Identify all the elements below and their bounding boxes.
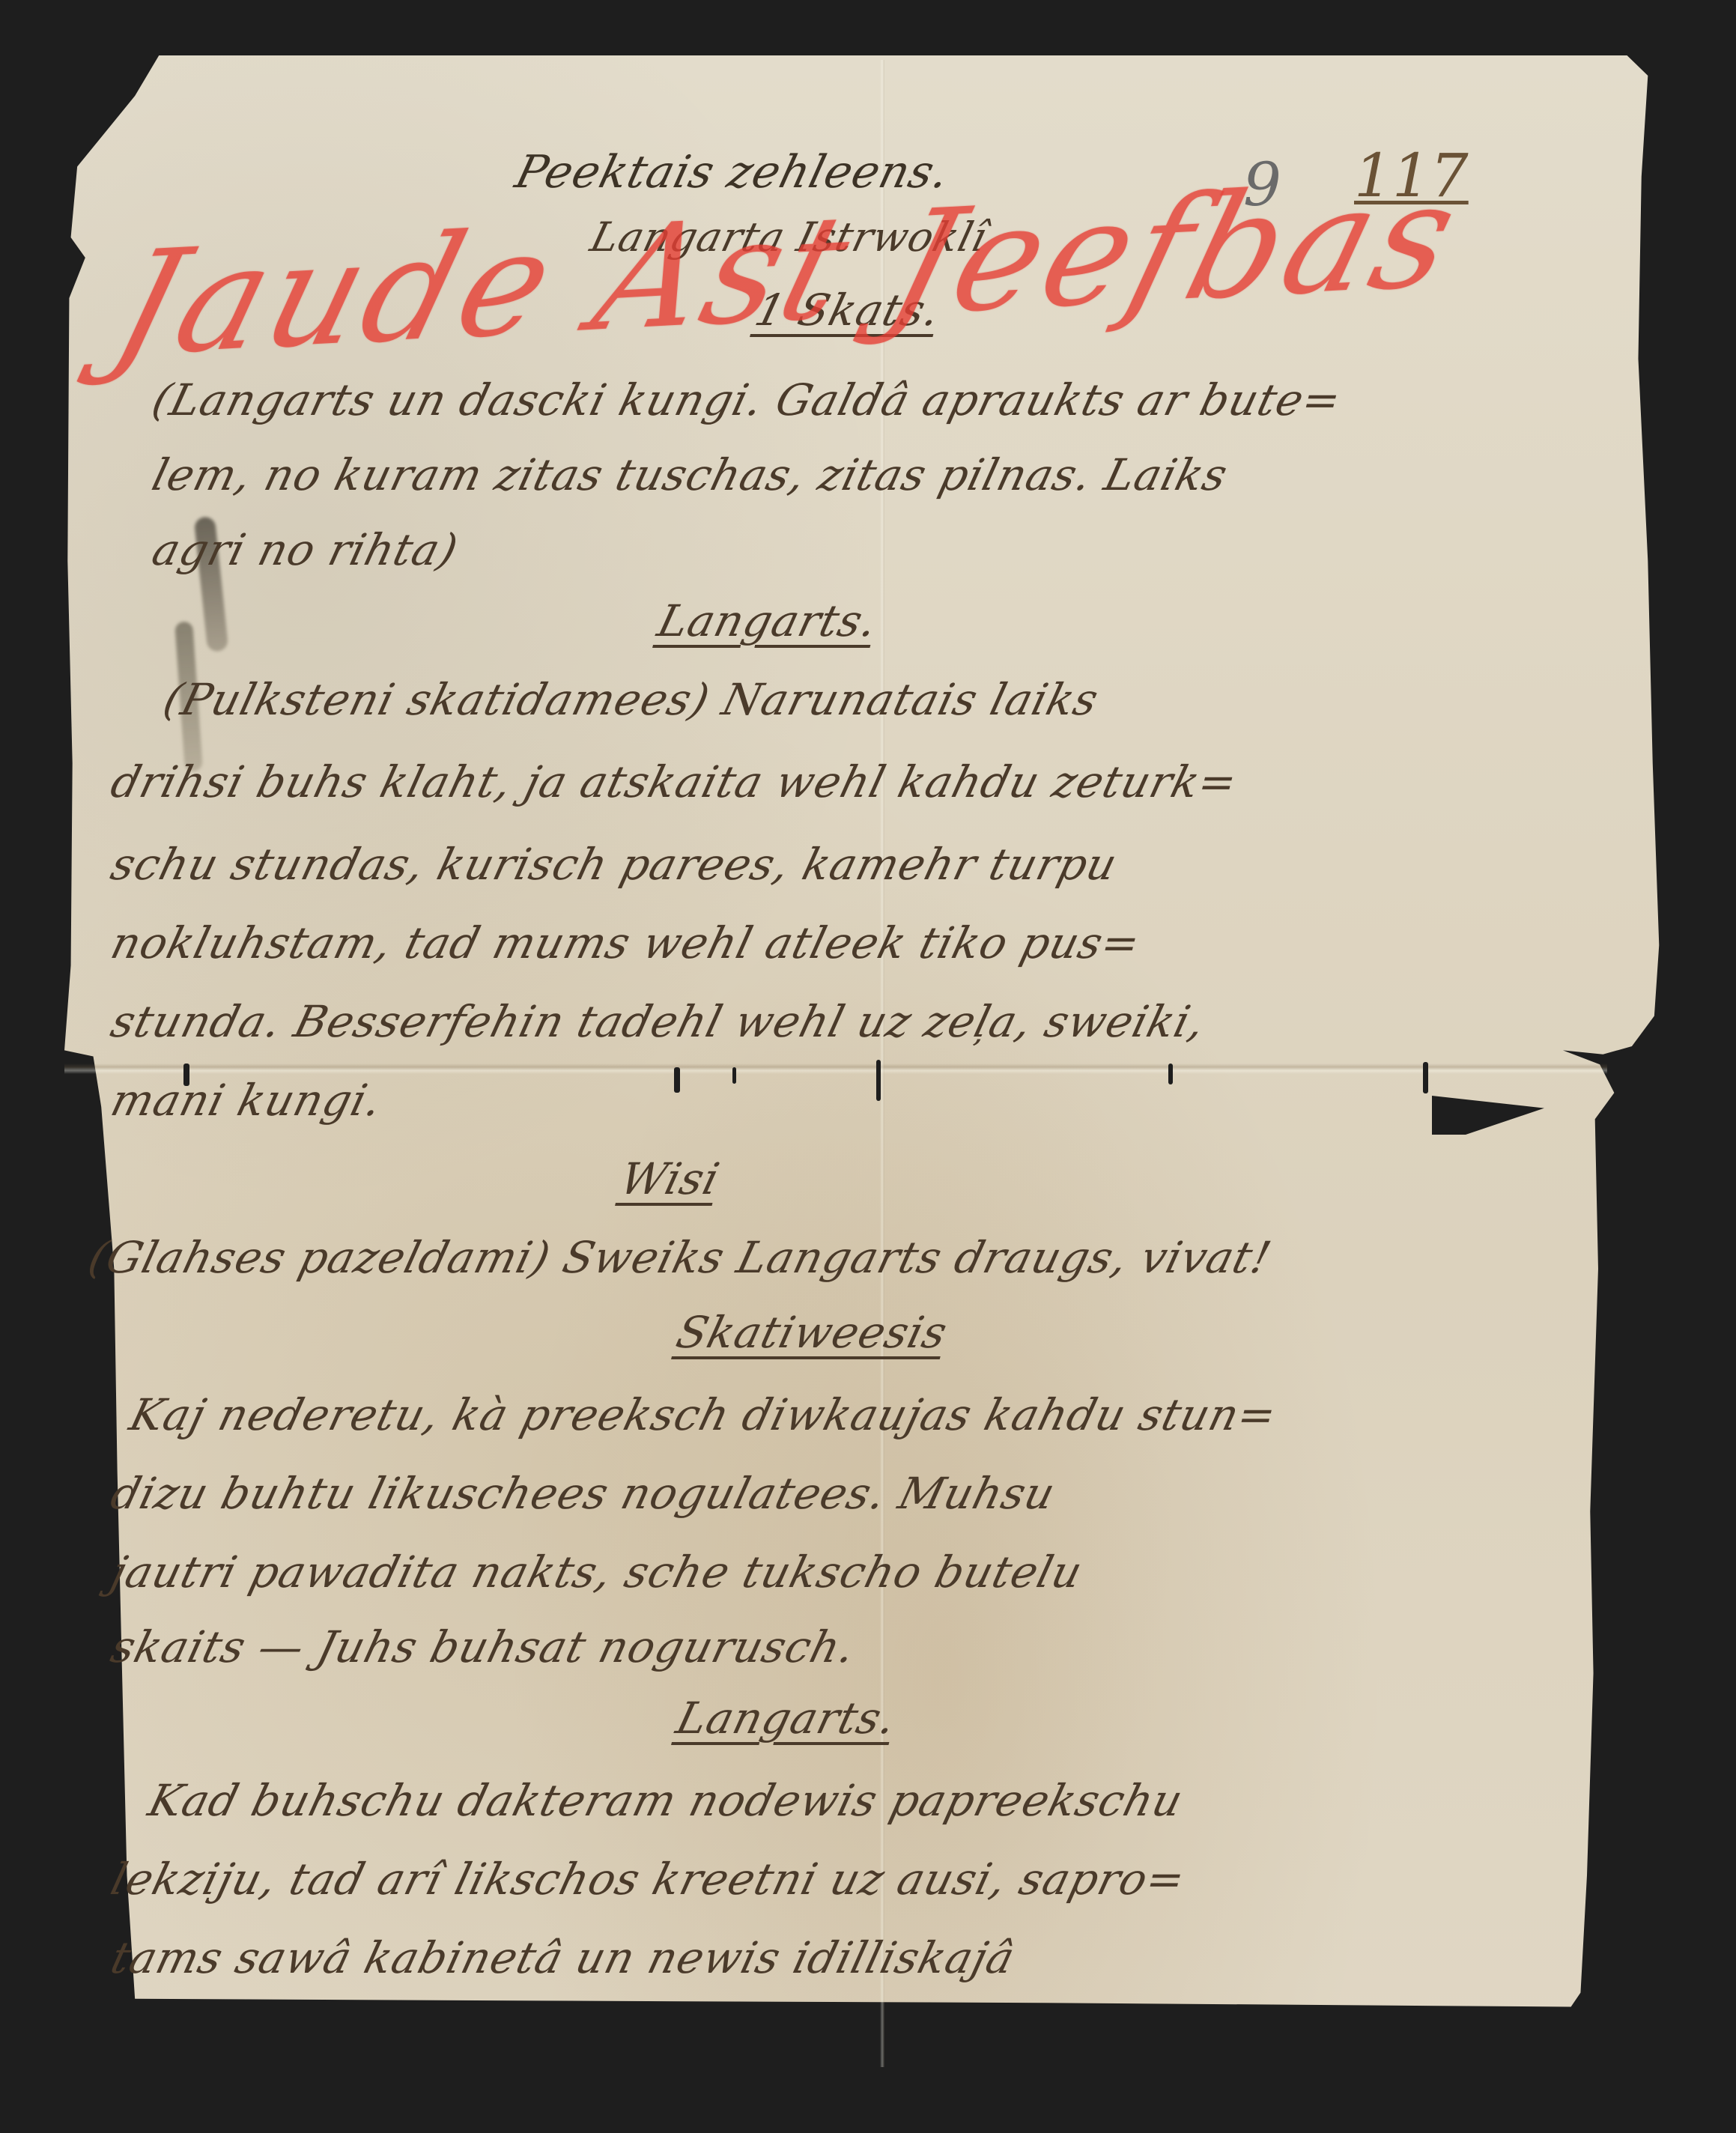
speech-line: Kaj nederetu, kà preeksch diwkaujas kahd… bbox=[126, 1393, 1281, 1436]
speech-line: mani kungi. bbox=[107, 1078, 386, 1122]
speaker-name: Skatiweesis bbox=[673, 1311, 952, 1354]
speaker-name: Wisi bbox=[616, 1157, 724, 1201]
speech-line: jautri pawadita nakts, sche tukscho bute… bbox=[107, 1550, 1087, 1594]
speech-line: nokluhstam, tad mums wehl atleek tiko pu… bbox=[107, 921, 1145, 965]
speech-line: stunda. Besserfehin tadehl wehl uz zeļa,… bbox=[107, 1000, 1210, 1043]
speech-line: dizu buhtu likuschees nogulatees. Muhsu bbox=[107, 1472, 1060, 1515]
speech-line: (Pulksteni skatidamees) Narunatais laiks bbox=[160, 678, 1103, 721]
tear-hole bbox=[876, 1060, 881, 1101]
stage-direction-line: lem, no kuram zitas tuschas, zitas pilna… bbox=[148, 453, 1232, 497]
speaker-name: Langarts. bbox=[654, 599, 882, 643]
tear-hole bbox=[1423, 1062, 1428, 1093]
speaker-name: Langarts. bbox=[673, 1696, 901, 1740]
speech-line: Kad buhschu dakteram nodewis papreekschu bbox=[145, 1779, 1188, 1822]
stage-direction-line: agri no rihta) bbox=[148, 528, 463, 571]
horizontal-fold-line bbox=[64, 1064, 1607, 1074]
tear-hole bbox=[732, 1067, 736, 1084]
speech-line: (Glahses pazeldami) Sweiks Langarts drau… bbox=[85, 1236, 1275, 1279]
speech-line: skaits — Juhs buhsat nogurusch. bbox=[107, 1625, 860, 1669]
tear-hole bbox=[674, 1067, 680, 1093]
speech-line: lekziju, tad arî likschos kreetni uz aus… bbox=[107, 1857, 1190, 1901]
stage-direction-line: (Langarts un dascki kungi. Galdâ apraukt… bbox=[148, 378, 1346, 422]
speech-line: drihsi buhs klaht, ja atskaita wehl kahd… bbox=[107, 760, 1242, 804]
tear-hole bbox=[1168, 1064, 1173, 1084]
speech-line: schu stundas, kurisch parees, kamehr tur… bbox=[107, 843, 1122, 886]
speech-line: tams sawâ kabinetâ un newis idilliskajâ bbox=[107, 1936, 1019, 1979]
